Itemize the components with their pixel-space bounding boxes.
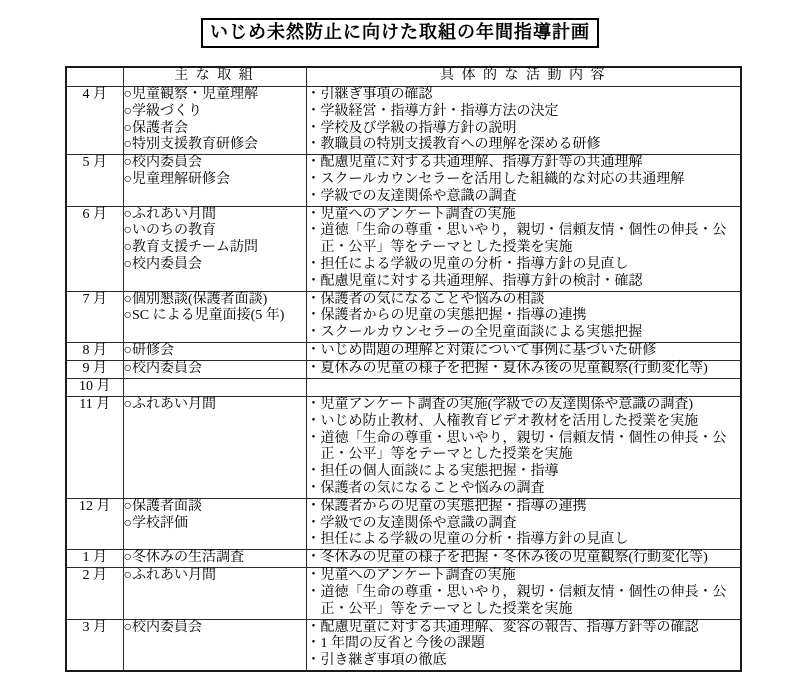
month-cell: 3 月 xyxy=(66,619,123,671)
activity-item: ・保護者の気になることや悩みの調査 xyxy=(307,481,741,498)
month-cell: 9 月 xyxy=(66,360,123,378)
initiative-item: ○冬休みの生活調査 xyxy=(124,550,306,567)
initiatives-cell: ○個別懇談(保護者面談)○SC による児童面接(5 年) xyxy=(123,291,306,342)
activity-item: ・道徳「生命の尊重・思いやり，親切・信頼友情・個性の伸長・公正・公平」等をテーマ… xyxy=(307,223,741,257)
table-header: 主 な 取 組 具 体 的 な 活 動 内 容 xyxy=(66,67,741,87)
activity-item: ・学級での友達関係や意識の調査 xyxy=(307,516,741,533)
month-cell: 6 月 xyxy=(66,206,123,291)
table-row: 2 月 ○ふれあい月間 ・児童へのアンケート調査の実施・道徳「生命の尊重・思いや… xyxy=(66,568,741,619)
activity-item: ・学級経営・指導方針・指導方法の決定 xyxy=(307,104,741,121)
activity-item: ・児童アンケート調査の実施(学級での友達関係や意識の調査) xyxy=(307,397,741,414)
activity-item: ・スクールカウンセラーの全児童面談による実態把握 xyxy=(307,325,741,342)
initiatives-cell: ○児童観察・児童理解○学級づくり○保護者会○特別支援教育研修会 xyxy=(123,87,306,155)
initiatives-cell: ○冬休みの生活調査 xyxy=(123,550,306,568)
initiative-item: ○学級づくり xyxy=(124,104,306,121)
activities-cell: ・冬休みの児童の様子を把握・冬休み後の児童観察(行動変化等) xyxy=(306,550,741,568)
activity-item: ・学級での友達関係や意識の調査 xyxy=(307,189,741,206)
initiative-item: ○校内委員会 xyxy=(124,155,306,172)
activity-item: ・スクールカウンセラーを活用した組織的な対応の共通理解 xyxy=(307,172,741,189)
header-row: 主 な 取 組 具 体 的 な 活 動 内 容 xyxy=(66,67,741,87)
month-cell: 11 月 xyxy=(66,396,123,498)
month-cell: 5 月 xyxy=(66,155,123,206)
activity-item: ・道徳「生命の尊重・思いやり，親切・信頼友情・個性の伸長・公正・公平」等をテーマ… xyxy=(307,585,741,619)
activity-item: ・1 年間の反省と今後の課題 xyxy=(307,636,741,653)
activities-cell: ・児童アンケート調査の実施(学級での友達関係や意識の調査)・いじめ防止教材、人権… xyxy=(306,396,741,498)
plan-table-body: 4 月 ○児童観察・児童理解○学級づくり○保護者会○特別支援教育研修会 ・引継ぎ… xyxy=(66,87,741,671)
initiative-item: ○研修会 xyxy=(124,343,306,360)
activity-item: ・配慮児童に対する共通理解、指導方針の検討・確認 xyxy=(307,274,741,291)
activity-item: ・配慮児童に対する共通理解、変容の報告、指導方針等の確認 xyxy=(307,620,741,637)
annual-plan-table: 主 な 取 組 具 体 的 な 活 動 内 容 4 月 ○児童観察・児童理解○学… xyxy=(65,66,742,672)
header-activities-cell: 具 体 的 な 活 動 内 容 xyxy=(306,67,741,87)
month-cell: 4 月 xyxy=(66,87,123,155)
initiatives-cell xyxy=(123,378,306,396)
table-row: 4 月 ○児童観察・児童理解○学級づくり○保護者会○特別支援教育研修会 ・引継ぎ… xyxy=(66,87,741,155)
activity-item: ・保護者の気になることや悩みの相談 xyxy=(307,292,741,309)
initiative-item: ○校内委員会 xyxy=(124,257,306,274)
activity-item: ・担任による学級の児童の分析・指導方針の見直し xyxy=(307,257,741,274)
document-page: いじめ未然防止に向けた取組の年間指導計画 主 な 取 組 具 体 的 な 活 動… xyxy=(0,0,800,675)
page-title: いじめ未然防止に向けた取組の年間指導計画 xyxy=(201,18,599,48)
activities-cell xyxy=(306,378,741,396)
activity-item: ・引き継ぎ事項の徹底 xyxy=(307,653,741,670)
activities-cell: ・いじめ問題の理解と対策について事例に基づいた研修 xyxy=(306,342,741,360)
activity-item: ・いじめ問題の理解と対策について事例に基づいた研修 xyxy=(307,343,741,360)
month-cell: 2 月 xyxy=(66,568,123,619)
month-cell: 7 月 xyxy=(66,291,123,342)
initiatives-cell: ○校内委員会 xyxy=(123,619,306,671)
initiative-item: ○学校評価 xyxy=(124,516,306,533)
activity-item: ・いじめ防止教材、人権教育ビデオ教材を活用した授業を実施 xyxy=(307,414,741,431)
activity-item: ・引継ぎ事項の確認 xyxy=(307,87,741,104)
activities-cell: ・保護者からの児童の実態把握・指導の連携・学級での友達関係や意識の調査・担任によ… xyxy=(306,498,741,549)
table-row: 10 月 xyxy=(66,378,741,396)
activity-item: ・道徳「生命の尊重・思いやり，親切・信頼友情・個性の伸長・公正・公平」等をテーマ… xyxy=(307,431,741,465)
initiative-item: ○ふれあい月間 xyxy=(124,568,306,585)
initiative-item: ○個別懇談(保護者面談) xyxy=(124,292,306,309)
initiative-item: ○校内委員会 xyxy=(124,361,306,378)
month-cell: 8 月 xyxy=(66,342,123,360)
initiative-item: ○児童理解研修会 xyxy=(124,172,306,189)
activities-cell: ・児童へのアンケート調査の実施・道徳「生命の尊重・思いやり，親切・信頼友情・個性… xyxy=(306,206,741,291)
activities-cell: ・児童へのアンケート調査の実施・道徳「生命の尊重・思いやり，親切・信頼友情・個性… xyxy=(306,568,741,619)
activity-item: ・冬休みの児童の様子を把握・冬休み後の児童観察(行動変化等) xyxy=(307,550,741,567)
initiative-item: ○保護者会 xyxy=(124,121,306,138)
activities-cell: ・配慮児童に対する共通理解、変容の報告、指導方針等の確認・1 年間の反省と今後の… xyxy=(306,619,741,671)
initiative-item: ○特別支援教育研修会 xyxy=(124,137,306,154)
activity-item: ・保護者からの児童の実態把握・指導の連携 xyxy=(307,308,741,325)
initiatives-cell: ○保護者面談○学校評価 xyxy=(123,498,306,549)
activity-item: ・児童へのアンケート調査の実施 xyxy=(307,568,741,585)
table-row: 8 月 ○研修会 ・いじめ問題の理解と対策について事例に基づいた研修 xyxy=(66,342,741,360)
activity-item: ・夏休みの児童の様子を把握・夏休み後の児童観察(行動変化等) xyxy=(307,361,741,378)
initiatives-cell: ○ふれあい月間○いのちの教育○教育支援チーム訪問○校内委員会 xyxy=(123,206,306,291)
initiatives-cell: ○ふれあい月間 xyxy=(123,568,306,619)
initiative-item: ○校内委員会 xyxy=(124,620,306,637)
month-cell: 1 月 xyxy=(66,550,123,568)
table-row: 12 月 ○保護者面談○学校評価 ・保護者からの児童の実態把握・指導の連携・学級… xyxy=(66,498,741,549)
activity-item: ・児童へのアンケート調査の実施 xyxy=(307,207,741,224)
activity-item: ・担任の個人面談による実態把握・指導 xyxy=(307,464,741,481)
table-row: 1 月 ○冬休みの生活調査 ・冬休みの児童の様子を把握・冬休み後の児童観察(行動… xyxy=(66,550,741,568)
initiative-item: ○ふれあい月間 xyxy=(124,207,306,224)
activity-item: ・配慮児童に対する共通理解、指導方針等の共通理解 xyxy=(307,155,741,172)
month-cell: 10 月 xyxy=(66,378,123,396)
initiatives-cell: ○校内委員会 xyxy=(123,360,306,378)
activity-item: ・保護者からの児童の実態把握・指導の連携 xyxy=(307,499,741,516)
table-row: 6 月 ○ふれあい月間○いのちの教育○教育支援チーム訪問○校内委員会 ・児童への… xyxy=(66,206,741,291)
month-cell: 12 月 xyxy=(66,498,123,549)
table-row: 11 月 ○ふれあい月間 ・児童アンケート調査の実施(学級での友達関係や意識の調… xyxy=(66,396,741,498)
activities-cell: ・保護者の気になることや悩みの相談・保護者からの児童の実態把握・指導の連携・スク… xyxy=(306,291,741,342)
activity-item: ・担任による学級の児童の分析・指導方針の見直し xyxy=(307,532,741,549)
activities-cell: ・配慮児童に対する共通理解、指導方針等の共通理解・スクールカウンセラーを活用した… xyxy=(306,155,741,206)
header-initiatives-cell: 主 な 取 組 xyxy=(123,67,306,87)
activities-cell: ・夏休みの児童の様子を把握・夏休み後の児童観察(行動変化等) xyxy=(306,360,741,378)
initiative-item: ○ふれあい月間 xyxy=(124,397,306,414)
initiatives-cell: ○ふれあい月間 xyxy=(123,396,306,498)
header-month-cell xyxy=(66,67,123,87)
initiative-item: ○教育支援チーム訪問 xyxy=(124,240,306,257)
initiatives-cell: ○研修会 xyxy=(123,342,306,360)
initiative-item: ○SC による児童面接(5 年) xyxy=(124,308,306,325)
title-container: いじめ未然防止に向けた取組の年間指導計画 xyxy=(0,18,800,48)
initiative-item: ○児童観察・児童理解 xyxy=(124,87,306,104)
initiatives-cell: ○校内委員会○児童理解研修会 xyxy=(123,155,306,206)
initiative-item: ○保護者面談 xyxy=(124,499,306,516)
table-row: 3 月 ○校内委員会 ・配慮児童に対する共通理解、変容の報告、指導方針等の確認・… xyxy=(66,619,741,671)
activity-item: ・学校及び学級の指導方針の説明 xyxy=(307,121,741,138)
table-row: 9 月 ○校内委員会 ・夏休みの児童の様子を把握・夏休み後の児童観察(行動変化等… xyxy=(66,360,741,378)
activities-cell: ・引継ぎ事項の確認・学級経営・指導方針・指導方法の決定・学校及び学級の指導方針の… xyxy=(306,87,741,155)
table-row: 7 月 ○個別懇談(保護者面談)○SC による児童面接(5 年) ・保護者の気に… xyxy=(66,291,741,342)
activity-item: ・教職員の特別支援教育への理解を深める研修 xyxy=(307,137,741,154)
table-row: 5 月 ○校内委員会○児童理解研修会 ・配慮児童に対する共通理解、指導方針等の共… xyxy=(66,155,741,206)
initiative-item: ○いのちの教育 xyxy=(124,223,306,240)
